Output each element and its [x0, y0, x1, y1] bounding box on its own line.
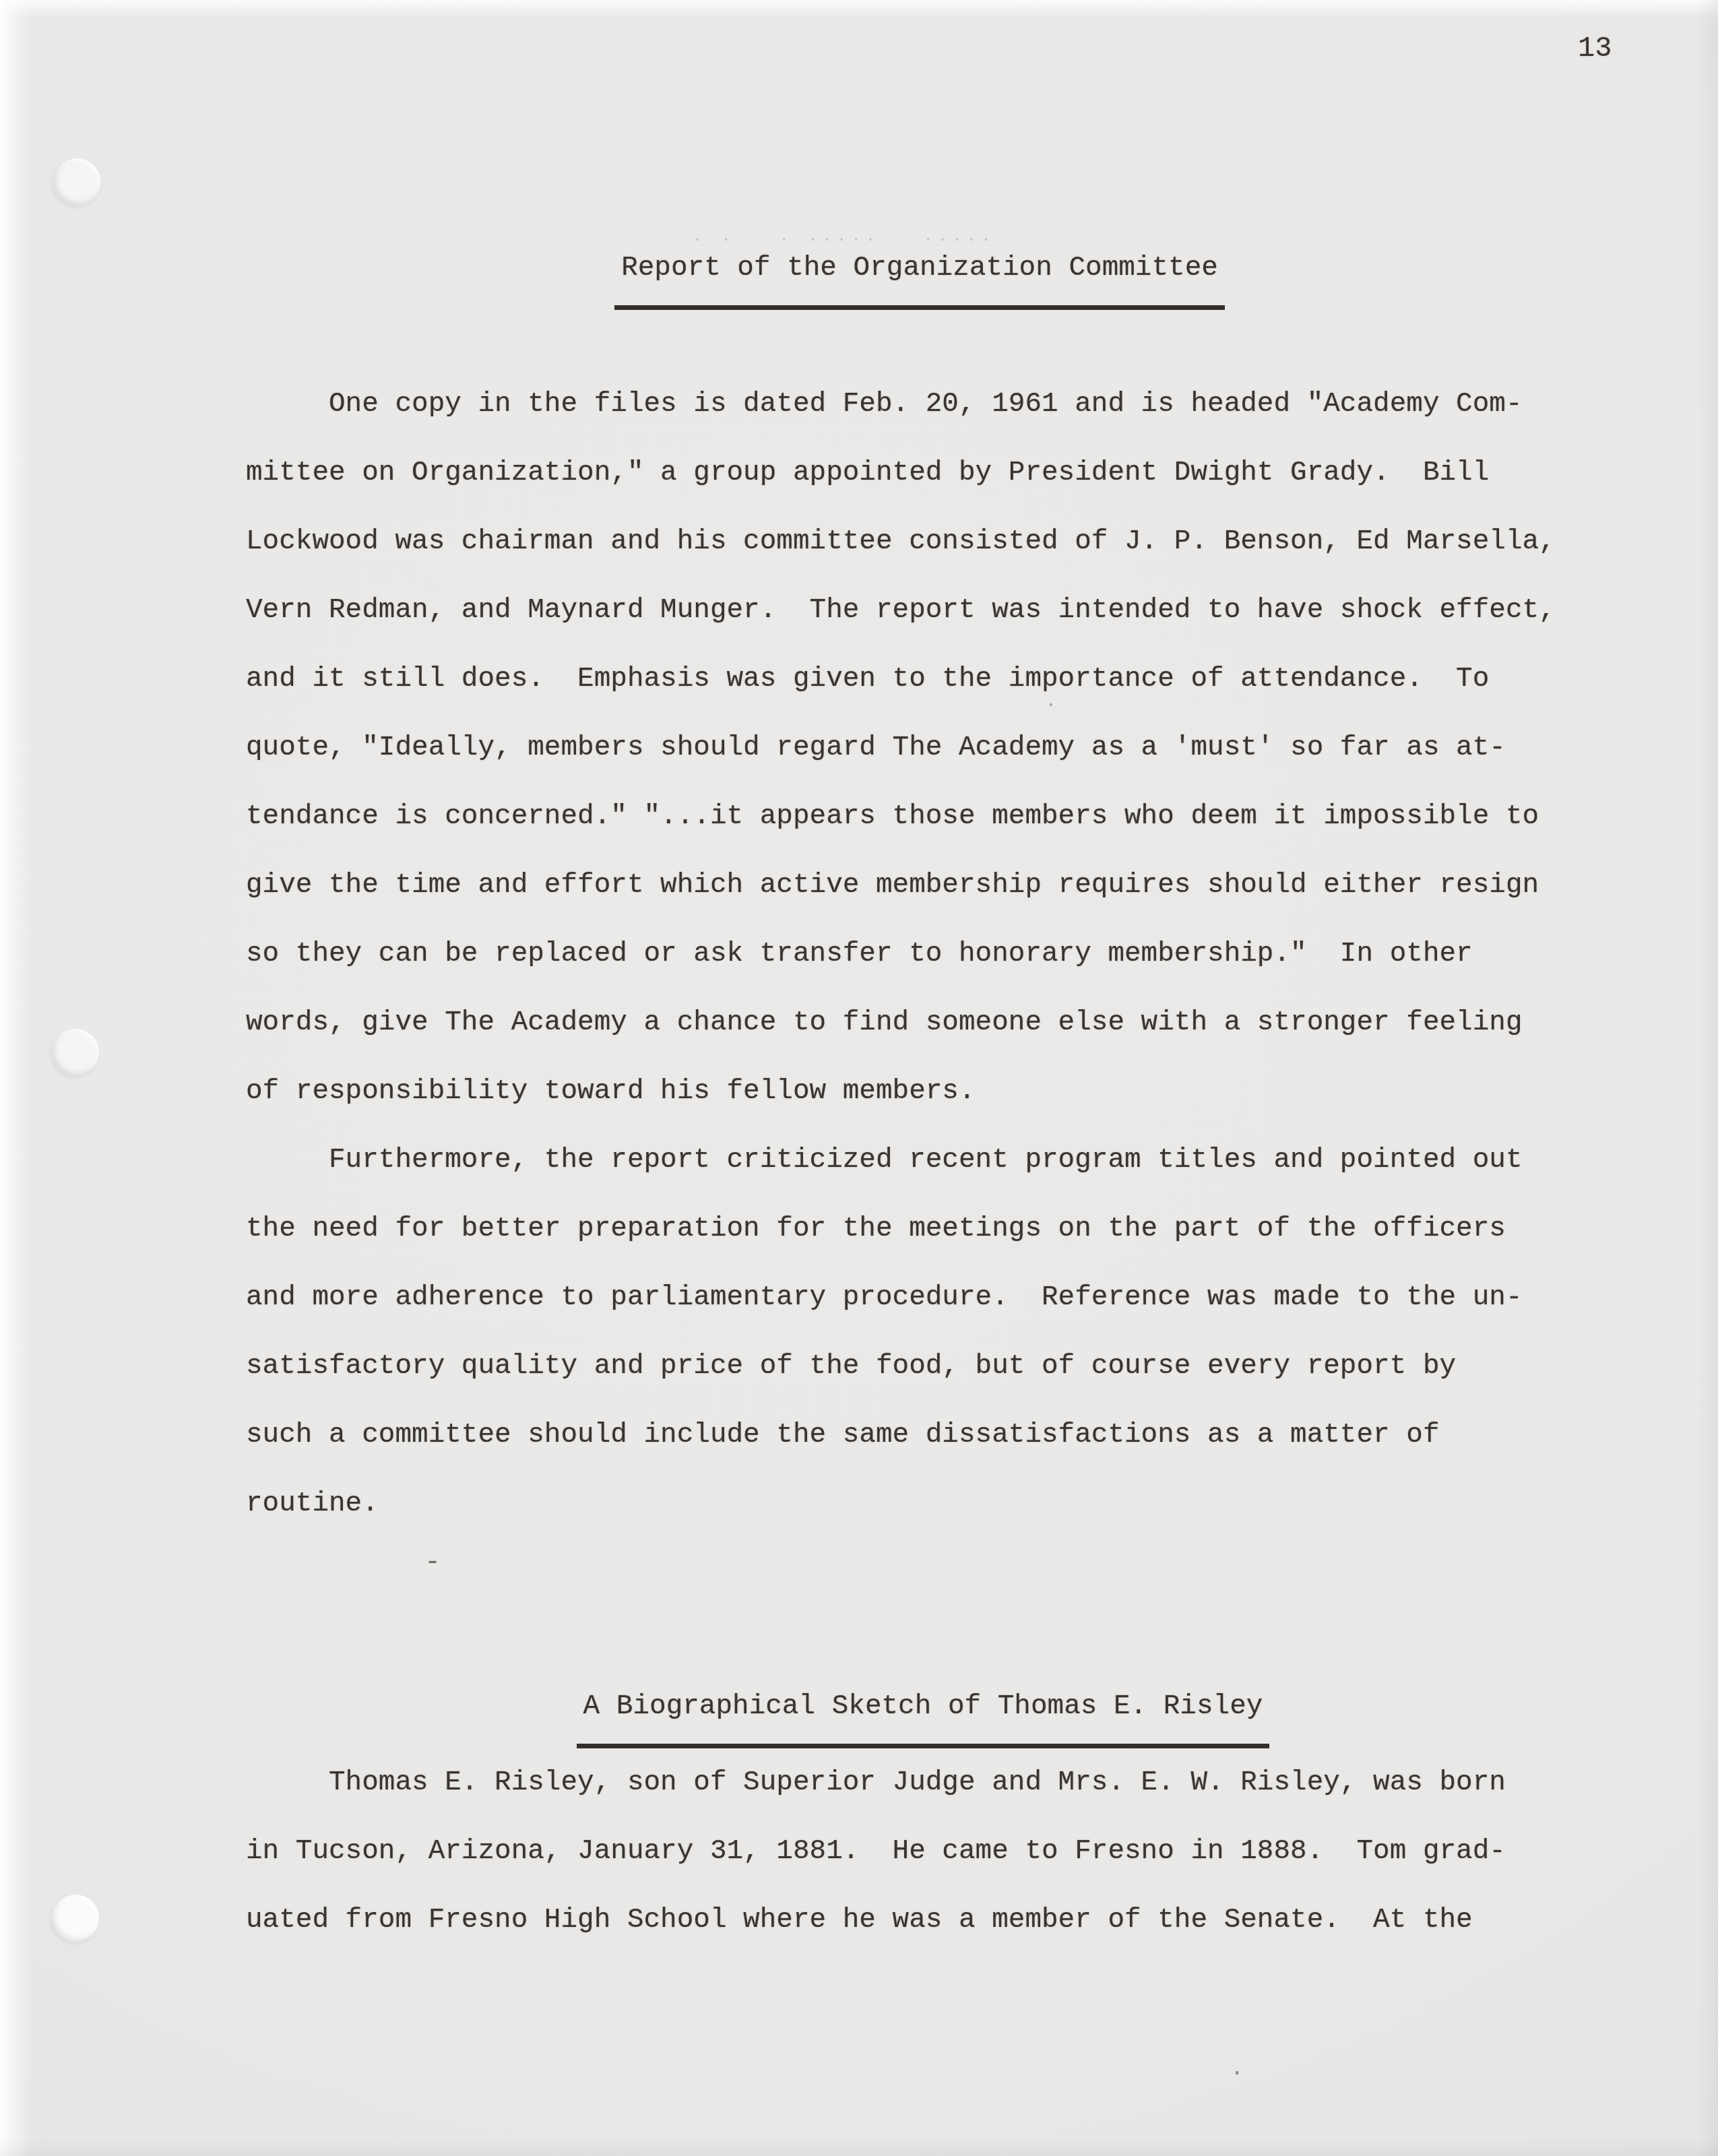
bio-heading: A Biographical Sketch of Thomas E. Risle… [246, 1672, 1600, 1748]
scan-edge-bottom-shadow [0, 2138, 1718, 2156]
report-title: Report of the Organization Committee [246, 234, 1593, 310]
paragraph-organization-report: One copy in the files is dated Feb. 20, … [246, 370, 1600, 1126]
paragraph-furthermore: Furthermore, the report criticized recen… [246, 1126, 1600, 1538]
paragraph-bio-risley: Thomas E. Risley, son of Superior Judge … [246, 1748, 1600, 1955]
document-body: One copy in the files is dated Feb. 20, … [246, 370, 1600, 1955]
bio-heading-text: A Biographical Sketch of Thomas E. Risle… [577, 1672, 1270, 1748]
punch-hole-bottom [52, 1895, 99, 1942]
scanned-document-page: 13 . . . ..... ..... Report of the Organ… [0, 0, 1718, 2156]
punch-hole-middle [52, 1029, 99, 1076]
scan-edge-right-shadow [1698, 0, 1718, 2156]
scan-artifact-speck-small: . [1046, 698, 1056, 705]
scan-artifact-dash: - [424, 1550, 441, 1577]
page-number: 13 [1578, 32, 1612, 65]
scan-edge-top-highlight [0, 0, 1718, 19]
scan-artifact-speck: . [1230, 2066, 1244, 2072]
report-title-text: Report of the Organization Committee [614, 234, 1225, 310]
scan-edge-left-highlight [0, 0, 32, 2156]
punch-hole-top [53, 158, 100, 205]
